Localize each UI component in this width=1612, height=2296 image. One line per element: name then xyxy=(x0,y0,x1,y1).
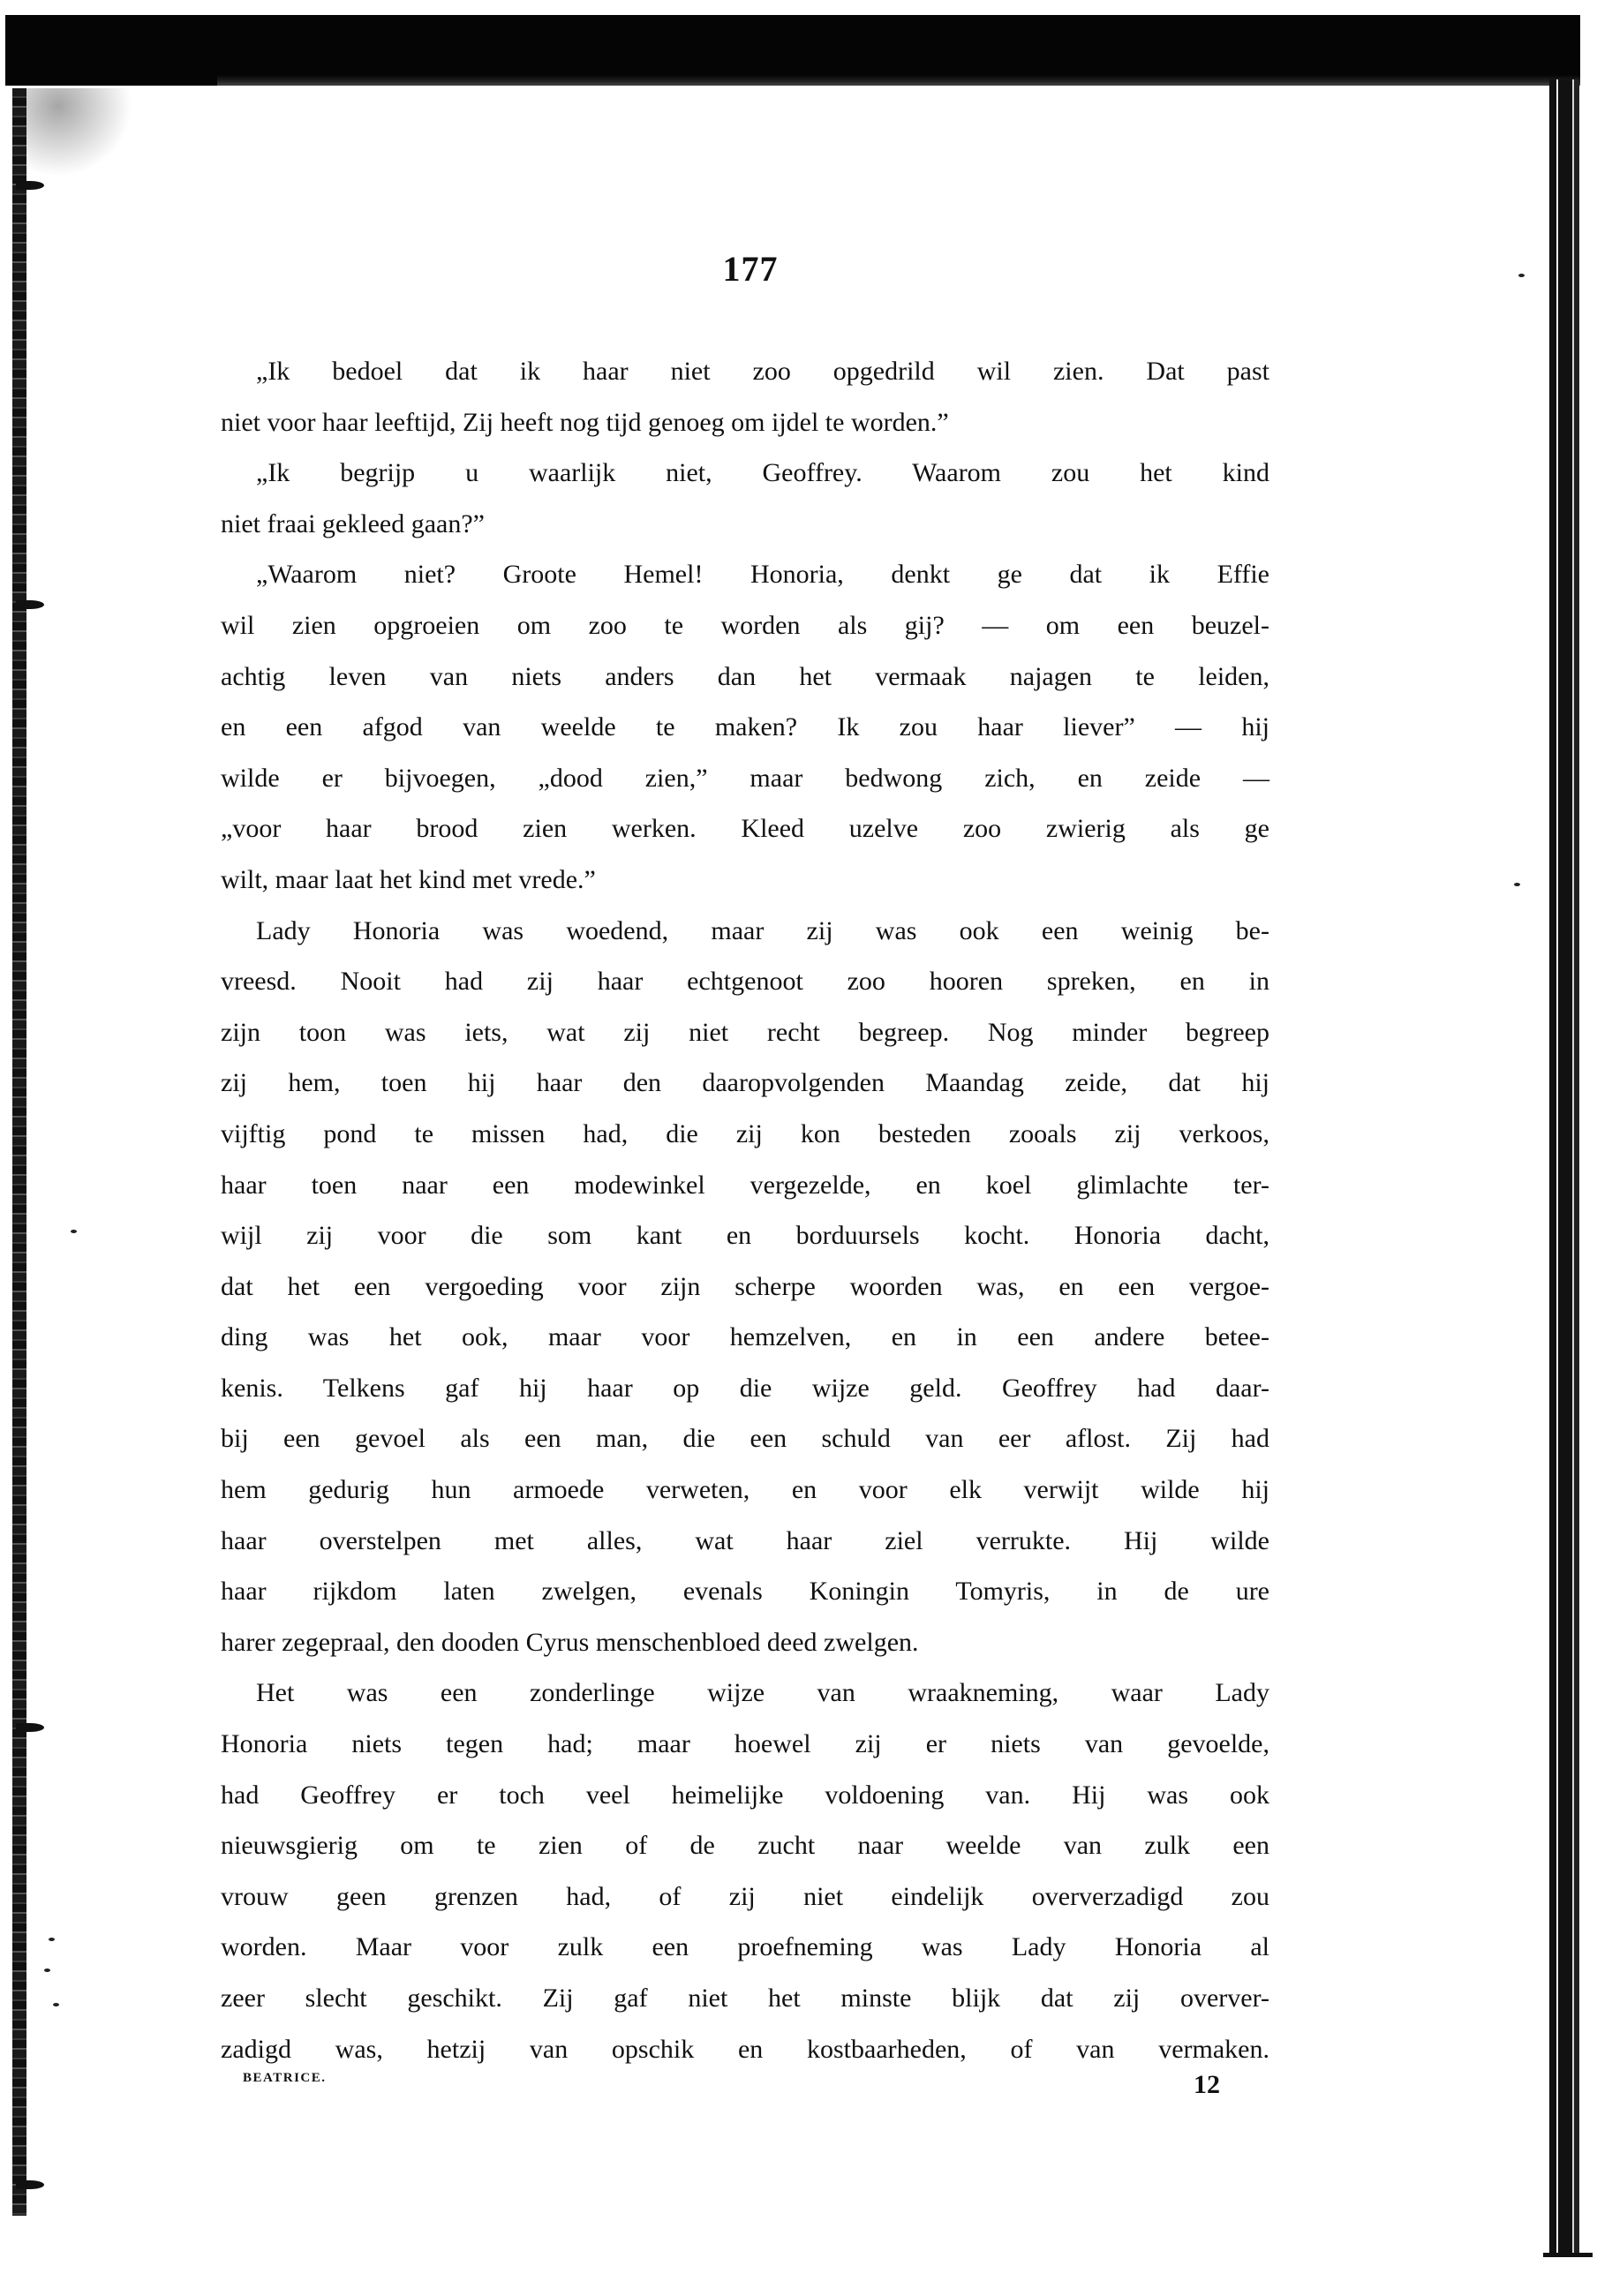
scan-left-edge xyxy=(12,88,26,2216)
sheet-number: 12 xyxy=(1194,2070,1220,2100)
text-line: niet voor haar leeftijd, Zij heeft nog t… xyxy=(221,397,1269,448)
text-line: had Geoffrey er toch veel heimelijke vol… xyxy=(221,1770,1269,1821)
scan-speck xyxy=(71,1230,77,1233)
text-line: dat het een vergoeding voor zijn scherpe… xyxy=(221,1261,1269,1313)
scan-edge-mark xyxy=(16,1723,44,1732)
text-line: ding was het ook, maar voor hemzelven, e… xyxy=(221,1312,1269,1363)
scan-speck xyxy=(44,1969,50,1972)
text-line: zij hem, toen hij haar den daaropvolgend… xyxy=(221,1058,1269,1109)
text-line: „Waarom niet? Groote Hemel! Honoria, den… xyxy=(221,549,1269,600)
text-line: vreesd. Nooit had zij haar echtgenoot zo… xyxy=(221,956,1269,1007)
text-line: wilde er bijvoegen, „dood zien,” maar be… xyxy=(221,753,1269,804)
text-line: zijn toon was iets, wat zij niet recht b… xyxy=(221,1007,1269,1058)
text-line: „Ik bedoel dat ik haar niet zoo opgedril… xyxy=(221,346,1269,397)
text-line: wilt, maar laat het kind met vrede.” xyxy=(221,854,1269,906)
scan-edge-mark xyxy=(16,181,44,190)
text-line: harer zegepraal, den dooden Cyrus mensch… xyxy=(221,1617,1269,1668)
text-line: bij een gevoel als een man, die een schu… xyxy=(221,1413,1269,1464)
scan-edge-mark xyxy=(16,2180,44,2189)
scan-top-shadow-band xyxy=(5,15,1580,86)
scan-speck xyxy=(1514,883,1520,886)
text-line: nieuwsgierig om te zien of de zucht naar… xyxy=(221,1820,1269,1871)
scan-right-edge-foot xyxy=(1543,2253,1593,2257)
text-line: haar overstelpen met alles, wat haar zie… xyxy=(221,1516,1269,1567)
body-text: „Ik bedoel dat ik haar niet zoo opgedril… xyxy=(221,346,1269,2074)
text-line: Honoria niets tegen had; maar hoewel zij… xyxy=(221,1719,1269,1770)
text-line: zadigd was, hetzij van opschik en kostba… xyxy=(221,2024,1269,2075)
scan-right-edge xyxy=(1549,79,1579,2255)
scan-speck xyxy=(53,2003,59,2006)
text-line: kenis. Telkens gaf hij haar op die wijze… xyxy=(221,1363,1269,1414)
text-line: wil zien opgroeien om zoo te worden als … xyxy=(221,600,1269,651)
text-line: en een afgod van weelde te maken? Ik zou… xyxy=(221,702,1269,753)
text-line: niet fraai gekleed gaan?” xyxy=(221,499,1269,550)
text-line: zeer slecht geschikt. Zij gaf niet het m… xyxy=(221,1973,1269,2024)
scan-edge-mark xyxy=(16,600,44,609)
text-line: „voor haar brood zien werken. Kleed uzel… xyxy=(221,803,1269,854)
text-line: hem gedurig hun armoede verweten, en voo… xyxy=(221,1464,1269,1516)
scan-speck xyxy=(1518,274,1525,277)
text-line: achtig leven van niets anders dan het ve… xyxy=(221,651,1269,703)
text-line: Het was een zonderlinge wijze van wraakn… xyxy=(221,1667,1269,1719)
signature-mark: BEATRICE. xyxy=(243,2071,327,2086)
text-line: haar rijkdom laten zwelgen, evenals Koni… xyxy=(221,1566,1269,1617)
text-line: „Ik begrijp u waarlijk niet, Geoffrey. W… xyxy=(221,448,1269,499)
text-line: wijl zij voor die som kant en borduursel… xyxy=(221,1210,1269,1261)
text-line: Lady Honoria was woedend, maar zij was o… xyxy=(221,906,1269,957)
text-line: haar toen naar een modewinkel vergezelde… xyxy=(221,1160,1269,1211)
text-line: worden. Maar voor zulk een proefneming w… xyxy=(221,1922,1269,1973)
text-line: vijftig pond te missen had, die zij kon … xyxy=(221,1109,1269,1160)
page-number: 177 xyxy=(0,250,1501,289)
scan-speck xyxy=(49,1938,55,1941)
text-line: vrouw geen grenzen had, of zij niet eind… xyxy=(221,1871,1269,1923)
scan-noise xyxy=(26,88,132,177)
